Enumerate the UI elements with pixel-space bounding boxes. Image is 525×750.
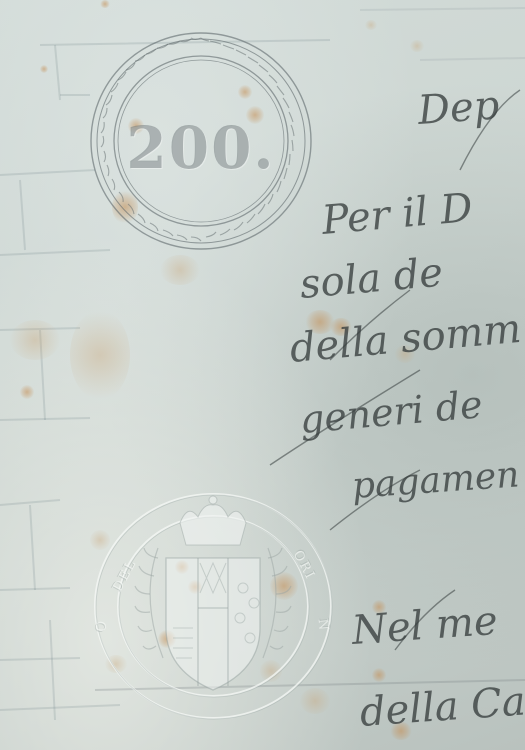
seal-legend-left-lower: O xyxy=(94,619,110,633)
embossed-seal: DEL ORI O N xyxy=(88,478,338,728)
foxing-stain xyxy=(20,385,34,399)
foxing-stain xyxy=(100,0,110,8)
foxing-stain xyxy=(70,310,130,400)
handwriting-line: della Ca xyxy=(358,678,525,735)
revenue-stamp: 200. xyxy=(88,30,314,252)
document-page: 200. xyxy=(0,0,525,750)
stamp-value: 200. xyxy=(88,114,314,182)
seal-legend-right-lower: N xyxy=(315,618,331,633)
foxing-stain xyxy=(372,668,386,682)
foxing-stain xyxy=(365,20,377,30)
handwriting-line: Nel me xyxy=(350,598,499,654)
handwriting-line: sola de xyxy=(298,250,445,308)
handwriting-line: Dep xyxy=(416,82,500,134)
foxing-stain xyxy=(160,255,200,285)
coat-of-arms-icon xyxy=(88,478,338,728)
handwriting-line: generi de xyxy=(298,382,484,442)
handwriting-line: pagamen xyxy=(351,454,521,507)
handwriting-line: Per il D xyxy=(320,185,474,244)
foxing-stain xyxy=(40,65,48,73)
foxing-stain xyxy=(410,40,424,52)
foxing-stain xyxy=(10,320,60,360)
